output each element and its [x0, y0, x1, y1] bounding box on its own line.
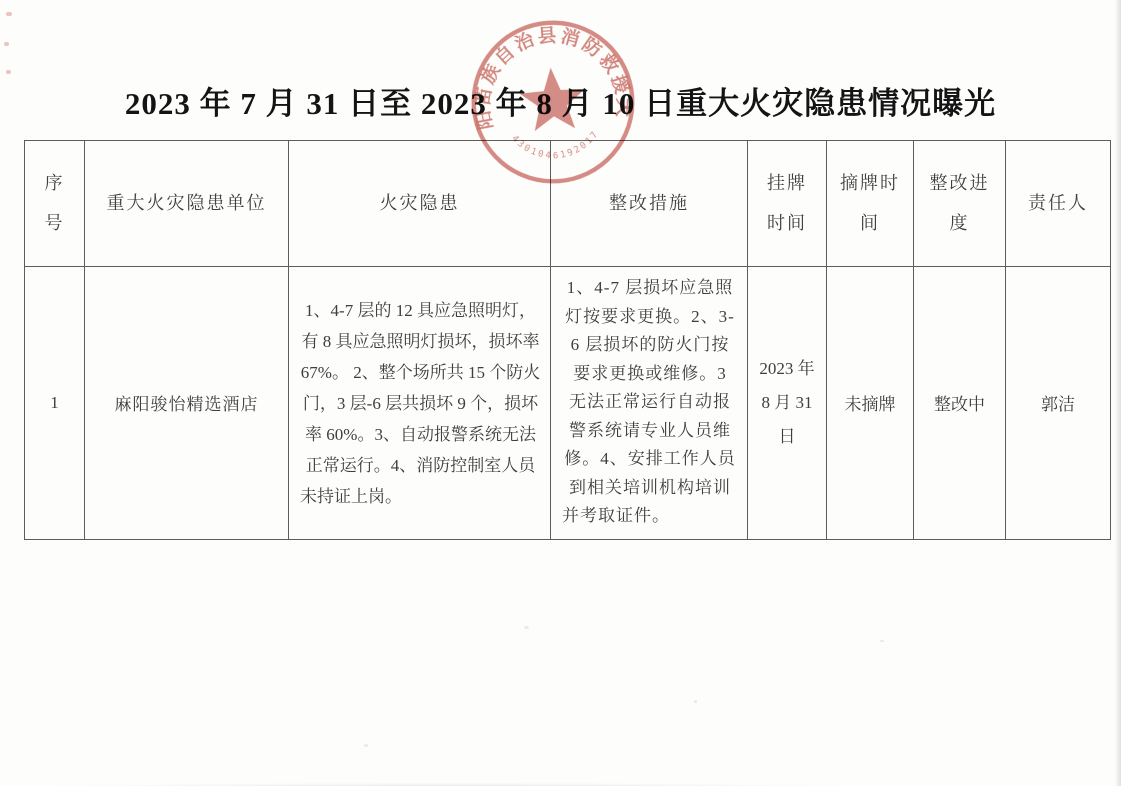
header-cell-responsible: 责任人 — [1006, 141, 1111, 267]
scan-speck — [524, 626, 529, 629]
header-cell-delisted-time: 摘牌时间 — [827, 141, 914, 267]
header-cell-listed-time: 挂牌时间 — [748, 141, 827, 267]
cell-fire-hazard: 1、4-7 层的 12 具应急照明灯，有 8 具应急照明灯损坏，损坏率 67%。… — [289, 267, 551, 540]
header-cell-serial: 序号 — [25, 141, 85, 267]
page-title: 2023 年 7 月 31 日至 2023 年 8 月 10 日重大火灾隐患情况… — [0, 78, 1121, 123]
table-row: 1 麻阳骏怡精选酒店 1、4-7 层的 12 具应急照明灯，有 8 具应急照明灯… — [25, 267, 1111, 540]
cell-delisted-time: 未摘牌 — [827, 267, 914, 540]
scan-red-mark — [4, 42, 9, 46]
header-cell-measures: 整改措施 — [551, 141, 748, 267]
cell-responsible-person: 郭洁 — [1006, 267, 1111, 540]
scan-speck — [880, 640, 884, 642]
cell-rectification-measures: 1、4-7 层损坏应急照灯按要求更换。2、3-6 层损坏的防火门按要求更换或维修… — [551, 267, 748, 540]
hazard-disclosure-table: 序号 重大火灾隐患单位 火灾隐患 整改措施 挂牌时间 摘牌时间 整改进度 责任人… — [24, 140, 1110, 540]
scan-red-mark — [6, 70, 11, 74]
cell-listed-time: 2023 年 8 月 31 日 — [748, 267, 827, 540]
header-cell-progress: 整改进度 — [914, 141, 1006, 267]
scan-edge-bottom — [0, 781, 1121, 786]
cell-serial-number: 1 — [25, 267, 85, 540]
table-header-row: 序号 重大火灾隐患单位 火灾隐患 整改措施 挂牌时间 摘牌时间 整改进度 责任人 — [25, 141, 1111, 267]
header-cell-unit: 重大火灾隐患单位 — [85, 141, 289, 267]
scan-speck — [694, 700, 697, 703]
scan-red-mark — [6, 12, 12, 16]
scan-speck — [364, 744, 368, 747]
cell-unit-name: 麻阳骏怡精选酒店 — [85, 267, 289, 540]
header-cell-hazard: 火灾隐患 — [289, 141, 551, 267]
cell-progress: 整改中 — [914, 267, 1006, 540]
